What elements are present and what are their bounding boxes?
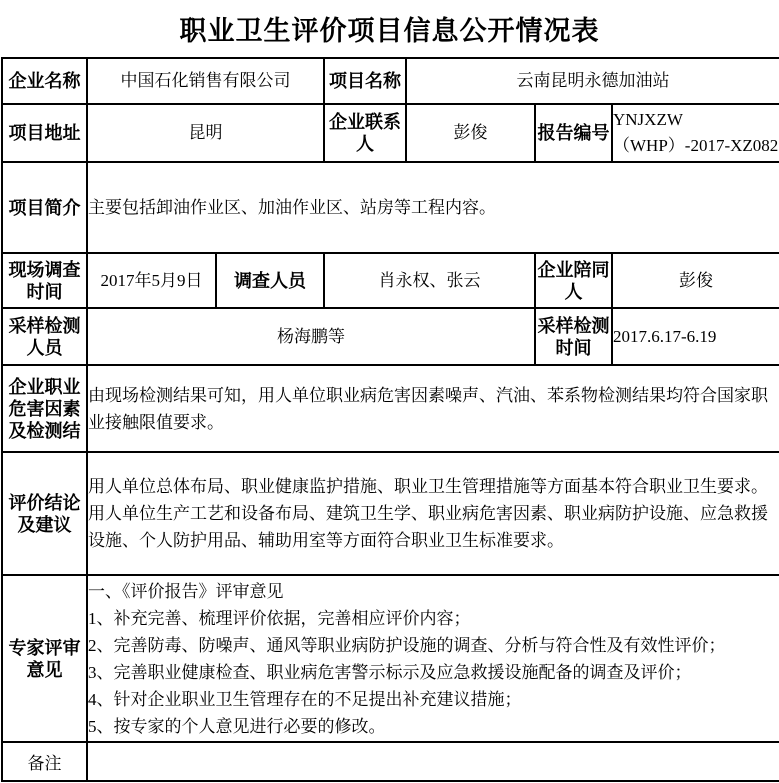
expert-review-value: 一、《评价报告》评审意见 1、补充完善、梳理评价依据，完善相应评价内容； 2、完… — [87, 575, 779, 742]
company-contact-value: 彭俊 — [406, 104, 535, 162]
sampling-date-value: 2017.6.17-6.19 — [612, 308, 779, 365]
document-sheet: 职业卫生评价项目信息公开情况表 企业名称 中国石化销售有限公司 项目名称 云南昆… — [0, 0, 779, 783]
project-name-label: 项目名称 — [324, 58, 406, 104]
project-brief-value: 主要包括卸油作业区、加油作业区、站房等工程内容。 — [87, 162, 779, 253]
company-escort-value: 彭俊 — [612, 253, 779, 308]
conclusion-value: 用人单位总体布局、职业健康监护措施、职业卫生管理措施等方面基本符合职业卫生要求。… — [87, 452, 779, 575]
expert-review-line: 1、补充完善、梳理评价依据，完善相应评价内容； — [88, 605, 779, 632]
sampling-personnel-label: 采样检测人员 — [2, 308, 87, 365]
surveyors-label: 调查人员 — [216, 253, 324, 308]
survey-date-label: 现场调查时间 — [2, 253, 87, 308]
table-row: 现场调查时间 2017年5月9日 调查人员 肖永权、张云 企业陪同人 彭俊 — [2, 253, 779, 308]
survey-date-value: 2017年5月9日 — [87, 253, 216, 308]
expert-review-line: 4、针对企业职业卫生管理存在的不足提出补充建议措施； — [88, 686, 779, 713]
project-address-value: 昆明 — [87, 104, 324, 162]
company-contact-label: 企业联系人 — [324, 104, 406, 162]
remarks-value — [87, 742, 779, 781]
company-escort-label: 企业陪同人 — [535, 253, 612, 308]
table-row: 评价结论及建议 用人单位总体布局、职业健康监护措施、职业卫生管理措施等方面基本符… — [2, 452, 779, 575]
hazard-detection-label: 企业职业危害因素及检测结 — [2, 365, 87, 452]
project-name-value: 云南昆明永德加油站 — [406, 58, 779, 104]
conclusion-paragraph: 用人单位生产工艺和设备布局、建筑卫生学、职业病危害因素、职业病防护设施、应急救援… — [88, 500, 779, 554]
report-number-label: 报告编号 — [535, 104, 612, 162]
table-row: 项目地址 昆明 企业联系人 彭俊 报告编号 YNJXZW（WHP）-2017-X… — [2, 104, 779, 162]
expert-review-line: 一、《评价报告》评审意见 — [88, 578, 779, 605]
table-row: 项目简介 主要包括卸油作业区、加油作业区、站房等工程内容。 — [2, 162, 779, 253]
expert-review-line: 2、完善防毒、防噪声、通风等职业病防护设施的调查、分析与符合性及有效性评价； — [88, 632, 779, 659]
expert-review-line: 5、按专家的个人意见进行必要的修改。 — [88, 713, 779, 740]
remarks-label: 备注 — [2, 742, 87, 781]
expert-review-line: 3、完善职业健康检查、职业病危害警示标示及应急救援设施配备的调查及评价； — [88, 659, 779, 686]
surveyors-value: 肖永权、张云 — [324, 253, 535, 308]
project-brief-label: 项目简介 — [2, 162, 87, 253]
company-name-value: 中国石化销售有限公司 — [87, 58, 324, 104]
project-address-label: 项目地址 — [2, 104, 87, 162]
sampling-date-label: 采样检测时间 — [535, 308, 612, 365]
table-row: 采样检测人员 杨海鹏等 采样检测时间 2017.6.17-6.19 — [2, 308, 779, 365]
hazard-detection-value: 由现场检测结果可知，用人单位职业病危害因素噪声、汽油、苯系物检测结果均符合国家职… — [87, 365, 779, 452]
expert-review-label: 专家评审意见 — [2, 575, 87, 742]
sampling-personnel-value: 杨海鹏等 — [87, 308, 535, 365]
conclusion-paragraph: 用人单位总体布局、职业健康监护措施、职业卫生管理措施等方面基本符合职业卫生要求。 — [88, 473, 779, 500]
company-name-label: 企业名称 — [2, 58, 87, 104]
conclusion-label: 评价结论及建议 — [2, 452, 87, 575]
report-number-value: YNJXZW（WHP）-2017-XZ082 — [612, 104, 779, 162]
table-row: 企业名称 中国石化销售有限公司 项目名称 云南昆明永德加油站 — [2, 58, 779, 104]
info-table: 企业名称 中国石化销售有限公司 项目名称 云南昆明永德加油站 项目地址 昆明 企… — [1, 57, 779, 782]
table-row: 专家评审意见 一、《评价报告》评审意见 1、补充完善、梳理评价依据，完善相应评价… — [2, 575, 779, 742]
table-row: 备注 — [2, 742, 779, 781]
page-title: 职业卫生评价项目信息公开情况表 — [0, 0, 779, 57]
table-row: 企业职业危害因素及检测结 由现场检测结果可知，用人单位职业病危害因素噪声、汽油、… — [2, 365, 779, 452]
